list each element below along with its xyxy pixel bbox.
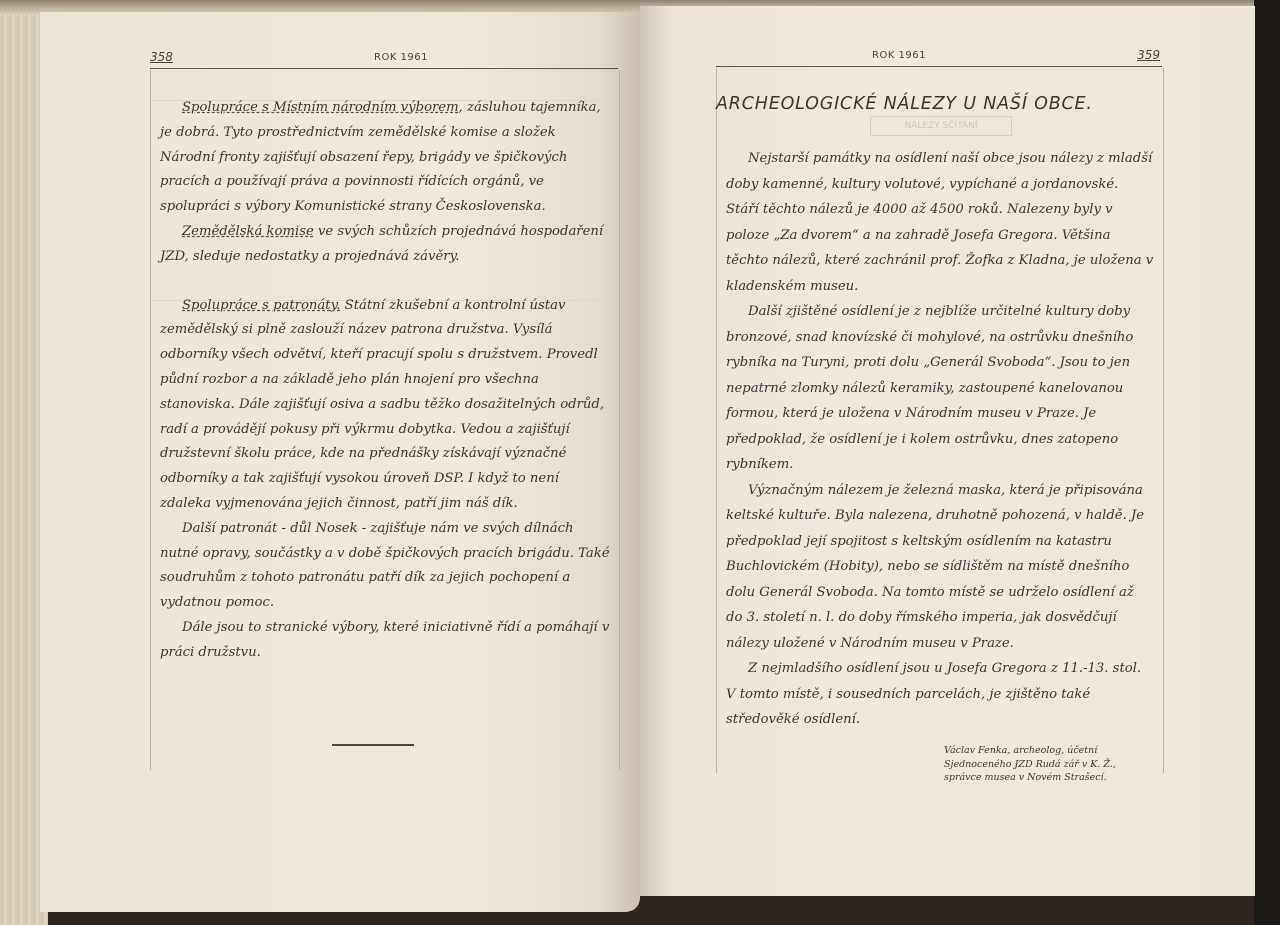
underlined-lead: Spolupráce s patronáty. (182, 298, 340, 313)
right-page-header: ROK 1961 359 (716, 48, 1162, 67)
running-header: ROK 1961 (872, 50, 926, 61)
page-title: ARCHEOLOGICKÉ NÁLEZY U NAŠÍ OBCE. (716, 94, 1166, 114)
author-signature: Václav Fenka, archeolog, účetní Sjednoce… (944, 744, 1174, 785)
left-page-text: Spolupráce s Místním národním výborem, z… (160, 96, 610, 666)
paragraph: Nejstarší památky na osídlení naší obce … (726, 146, 1154, 299)
right-page-text: Nejstarší památky na osídlení naší obce … (726, 146, 1154, 733)
end-divider-line (332, 744, 414, 746)
paragraph: Dále jsou to stranické výbory, které ini… (160, 616, 610, 666)
signature-line: Václav Fenka, archeolog, účetní (944, 744, 1174, 758)
paragraph: Význačným nálezem je železná maska, kter… (726, 478, 1154, 657)
left-page-header: 358 ROK 1961 (150, 50, 618, 69)
bleed-through-stamp: NÁLEZY SČÍTÁNÍ (870, 116, 1012, 136)
paragraph: Spolupráce s Místním národním výborem, z… (160, 96, 610, 220)
paragraph: Zemědělská komise ve svých schůzích proj… (160, 220, 610, 270)
paragraph-text: Státní zkušební a kontrolní ústav zemědě… (160, 298, 604, 511)
running-header: ROK 1961 (374, 52, 428, 63)
paragraph-text: Další patronát - důl Nosek - zajišťuje n… (160, 521, 610, 610)
paragraph: Další patronát - důl Nosek - zajišťuje n… (160, 517, 610, 616)
signature-line: správce musea v Novém Strašecí. (944, 771, 1174, 785)
paragraph-text: Dále jsou to stranické výbory, které ini… (160, 620, 609, 660)
background-right (1254, 0, 1280, 925)
underlined-lead: Zemědělská komise (182, 224, 314, 239)
underlined-lead: Spolupráce s Místním národním výborem (182, 100, 459, 115)
page-number: 359 (1137, 48, 1160, 62)
paragraph-text: , zásluhou tajemníka, je dobrá. Tyto pro… (160, 100, 601, 214)
paragraph: Další zjištěné osídlení je z nejblíže ur… (726, 299, 1154, 478)
paragraph: Spolupráce s patronáty. Státní zkušební … (160, 294, 610, 517)
page-number: 358 (150, 50, 173, 64)
signature-line: Sjednoceného JZD Rudá zář v K. Ž., (944, 758, 1174, 772)
paragraph: Z nejmladšího osídlení jsou u Josefa Gre… (726, 656, 1154, 733)
